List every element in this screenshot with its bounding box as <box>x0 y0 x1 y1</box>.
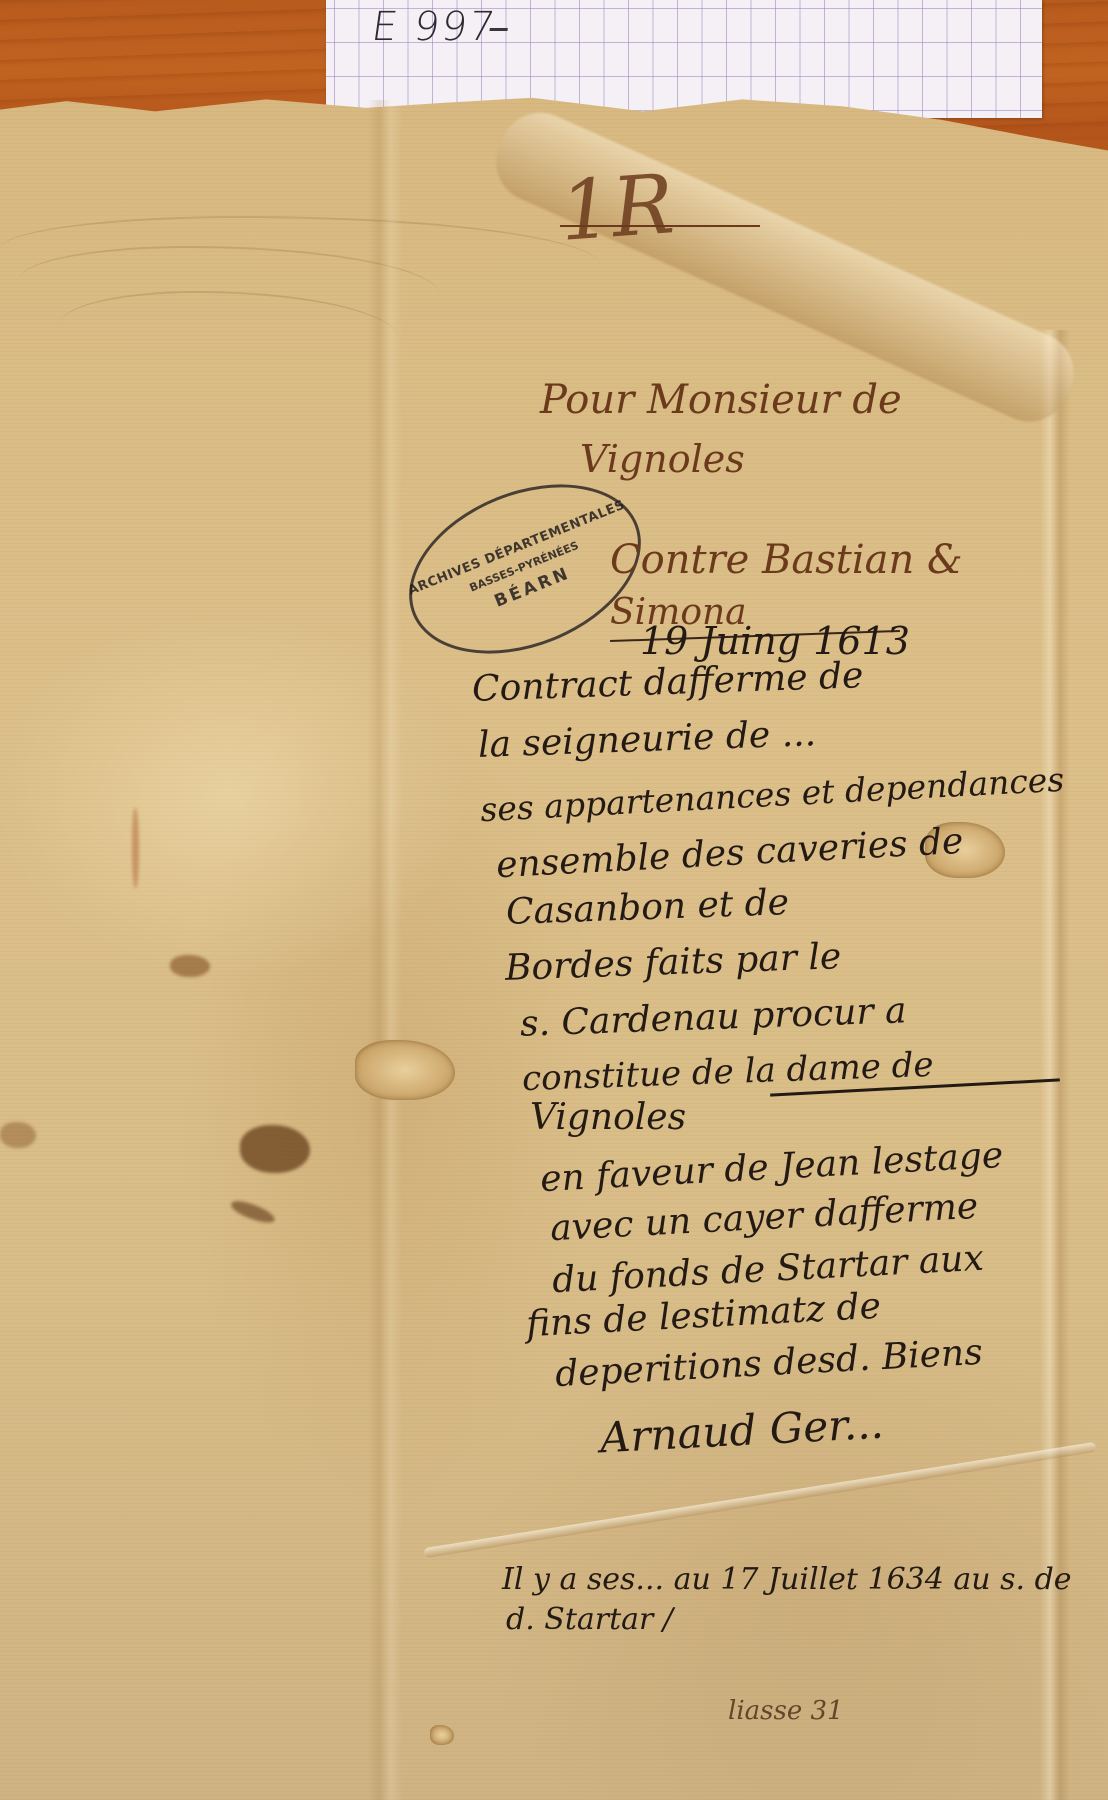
bundle-note: liasse 31 <box>728 1698 844 1724</box>
ink-stain <box>0 1122 36 1148</box>
header-line-2: Vignoles <box>580 440 745 478</box>
header-line-3: Contre Bastian & <box>610 540 963 580</box>
footer-note-line-1: Il y a ses... au 17 Juillet 1634 au s. d… <box>502 1565 1072 1595</box>
archive-reference-number: E 997 <box>369 4 512 50</box>
archive-reference-text: E 997 <box>369 4 500 50</box>
archive-reference-card: E 997 <box>326 0 1042 118</box>
header-date: 19 Juing 1613 <box>640 622 910 660</box>
paper-tear <box>430 1725 454 1745</box>
ink-stain <box>170 955 210 977</box>
body-line: Vignoles <box>530 1100 686 1136</box>
paper-fold-vertical <box>368 100 402 1800</box>
ink-stain <box>240 1125 310 1173</box>
header-line-1: Pour Monsieur de <box>540 380 902 420</box>
reference-dash <box>490 28 508 31</box>
ink-stain <box>132 808 139 888</box>
footer-note-line-2: d. Startar / <box>506 1605 673 1635</box>
folio-mark-strike <box>560 225 760 227</box>
folio-mark: 1R <box>557 164 676 254</box>
body-line: Casanbon et de <box>505 885 789 931</box>
